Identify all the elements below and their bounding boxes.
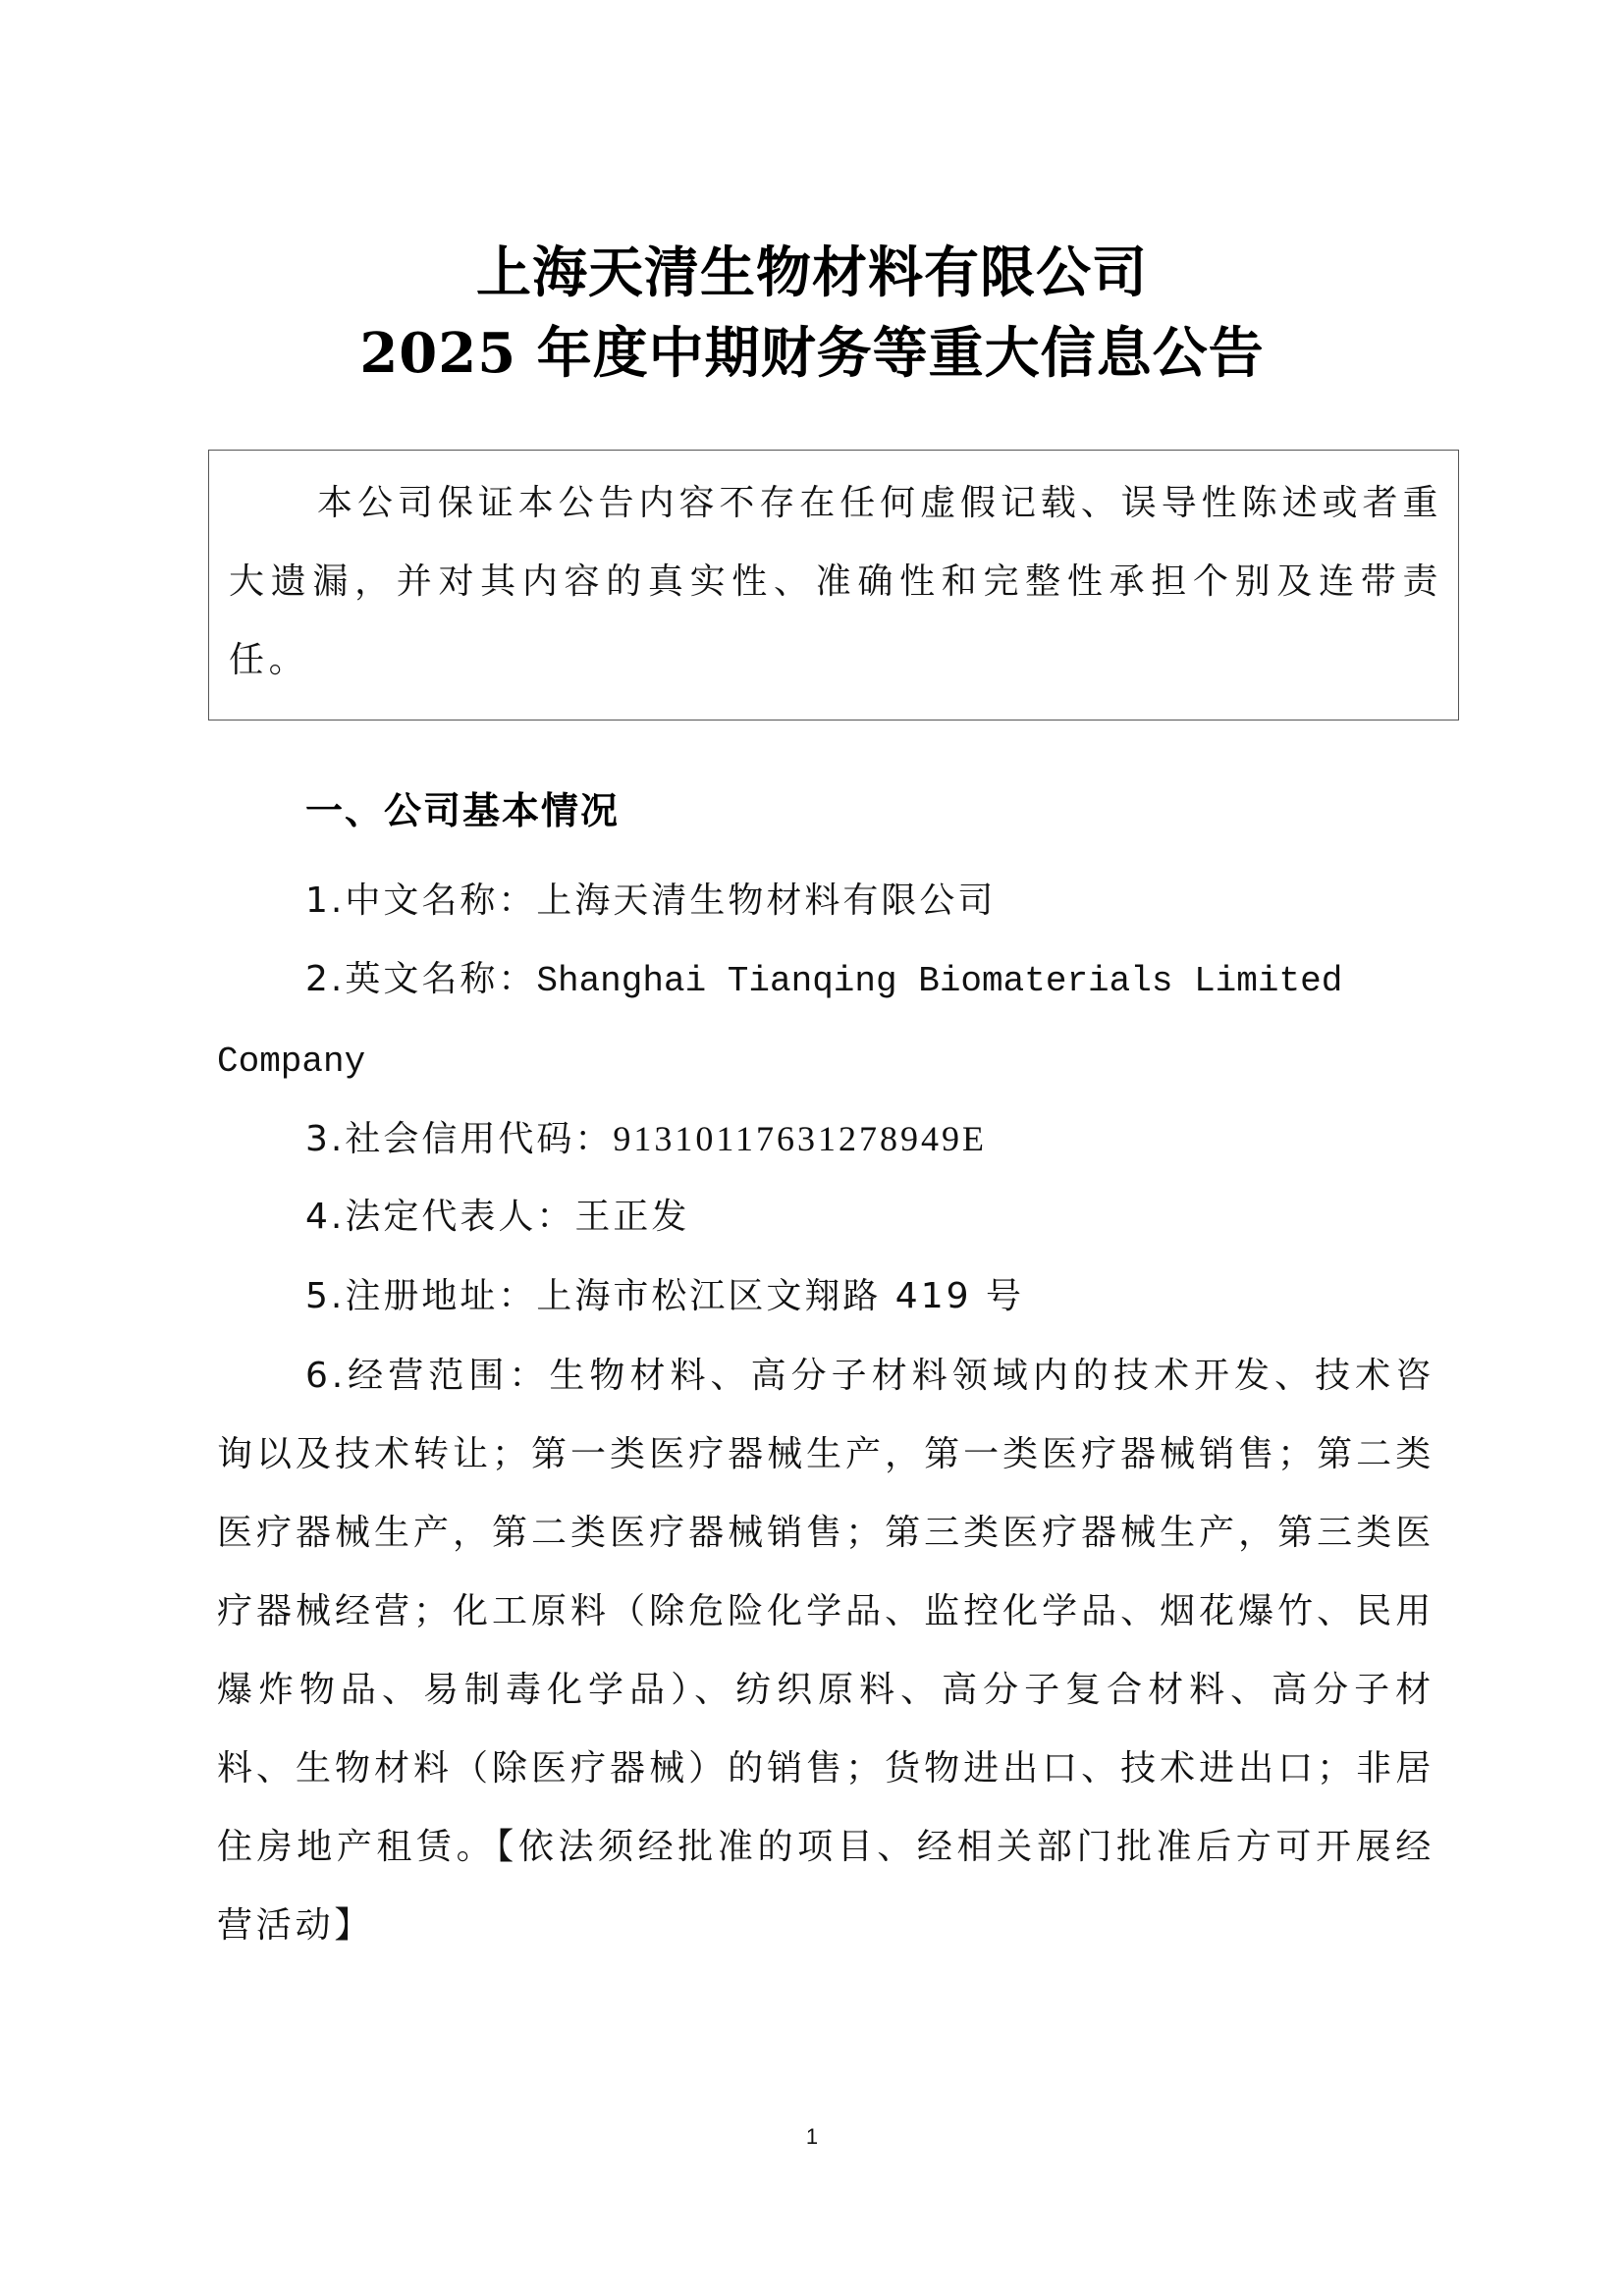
document-page: 上海天清生物材料有限公司 2025 年度中期财务等重大信息公告 本公司保证本公告… <box>0 0 1624 2296</box>
info-item-english-name: 2.英文名称：Shanghai Tianqing Biomaterials Li… <box>217 940 1435 1101</box>
section-heading-basic-info: 一、公司基本情况 <box>305 781 620 840</box>
info-label: 5.注册地址： <box>305 1276 536 1316</box>
info-value: 91310117631278949E <box>613 1119 987 1158</box>
disclaimer-text: 本公司保证本公告内容不存在任何虚假记载、误导性陈述或者重大遗漏，并对其内容的真实… <box>229 464 1442 700</box>
info-value: 生物材料、高分子材料领域内的技术开发、技术咨询以及技术转让；第一类医疗器械生产，… <box>217 1356 1435 1946</box>
info-item-chinese-name: 1.中文名称：上海天清生物材料有限公司 <box>217 862 1435 940</box>
info-value: 王正发 <box>574 1197 689 1237</box>
info-label: 3.社会信用代码： <box>305 1119 613 1159</box>
info-value: 上海市松江区文翔路 419 号 <box>536 1276 1024 1316</box>
disclaimer-box: 本公司保证本公告内容不存在任何虚假记载、误导性陈述或者重大遗漏，并对其内容的真实… <box>208 450 1459 721</box>
document-title-company: 上海天清生物材料有限公司 <box>0 234 1624 312</box>
document-title-announcement: 2025 年度中期财务等重大信息公告 <box>0 314 1624 393</box>
info-label: 1.中文名称： <box>305 881 536 921</box>
info-item-legal-representative: 4.法定代表人：王正发 <box>217 1178 1435 1256</box>
info-label: 4.法定代表人： <box>305 1197 574 1237</box>
info-label: 6.经营范围： <box>305 1356 549 1396</box>
info-label: 2.英文名称： <box>305 959 536 999</box>
info-item-registered-address: 5.注册地址：上海市松江区文翔路 419 号 <box>217 1257 1435 1336</box>
info-value: 上海天清生物材料有限公司 <box>536 881 996 921</box>
info-item-credit-code: 3.社会信用代码：91310117631278949E <box>217 1099 1435 1179</box>
page-number: 1 <box>0 2124 1624 2150</box>
info-item-business-scope: 6.经营范围：生物材料、高分子材料领域内的技术开发、技术咨询以及技术转让；第一类… <box>217 1337 1435 1965</box>
